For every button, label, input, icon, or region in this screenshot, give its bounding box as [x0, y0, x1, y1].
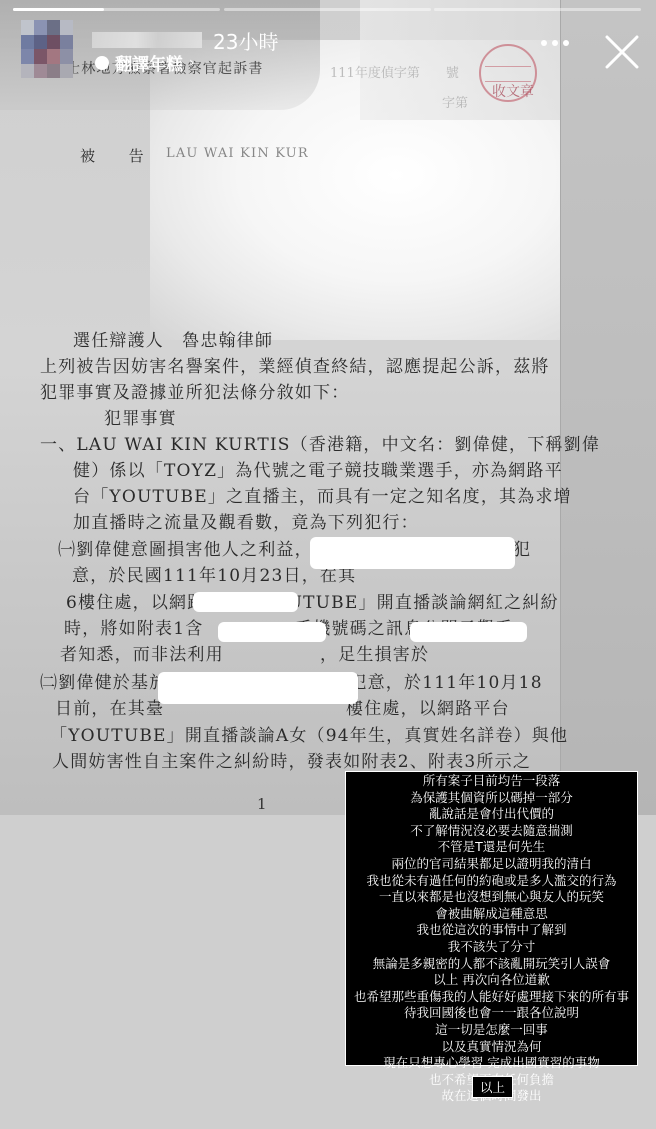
doc-line-17: 人間妨害性自主案件之糾紛時，發表如附表2、附表3所示之 — [52, 747, 531, 772]
doc-line-15a: 日前，在其臺 — [55, 694, 164, 719]
progress-segment-1 — [13, 8, 220, 11]
redaction-address-1 — [310, 537, 515, 569]
doc-line-7: 台「YOUTUBE」之直播主，而具有一定之知名度，其為求增 — [73, 482, 572, 507]
story-photo[interactable]: 111年度偵字第 號 字第 收文章 士林地方檢察署檢察官起訴書 被 告 LAU … — [0, 0, 656, 815]
caption-line: 我也從未有過任何的約砲或是多人濫交的行為 — [346, 873, 637, 890]
caption-line: 會被曲解成這種意思 — [346, 906, 637, 923]
caption-line: 我也從這次的事情中了解到 — [346, 922, 637, 939]
doc-line-5: 一、LAU WAI KIN KURTIS（香港籍，中文名：劉偉健，下稱劉偉 — [40, 430, 600, 455]
caption-line: 以及真實情況為何 — [346, 1039, 637, 1056]
caption-ending: 以上 — [472, 1076, 513, 1098]
caption-line: 無論是多親密的人都不該亂開玩笑引人誤會 — [346, 956, 637, 973]
page-number: 1 — [257, 795, 267, 813]
doc-line-13a: 者知悉，而非法利用 — [60, 640, 224, 665]
caption-line: 以上 再次向各位道歉 — [346, 972, 637, 989]
caption-line: 兩位的官司結果都足以證明我的清白 — [346, 856, 637, 873]
music-label: 翻譯年糕 — [115, 50, 183, 75]
redaction-address-2 — [158, 672, 358, 704]
doc-line-1: 選任辯護人 魯忠翰律師 — [73, 326, 273, 351]
doc-line-13b: ，足生損害於 — [320, 640, 429, 665]
caption-line: 現在只想專心學習 完成出國實習的事物 — [346, 1055, 637, 1072]
defendant-label: 被 告 — [80, 145, 145, 166]
caption-line: 為保護其個資所以碼掉一部分 — [346, 790, 637, 807]
redaction-victim — [410, 622, 527, 642]
more-options-button[interactable] — [541, 40, 569, 46]
stamp-text: 收文章 — [492, 81, 534, 101]
defendant-name: LAU WAI KIN KUR — [166, 146, 309, 161]
faint-ref: 字第 — [390, 92, 468, 111]
caption-line: 不了解情況沒必要去隨意揣測 — [346, 823, 637, 840]
music-link[interactable]: 翻譯年糕 › — [95, 50, 195, 75]
doc-line-6: 健）係以「TOYZ」為代號之電子競技職業選手，亦為網路平 — [73, 456, 563, 481]
close-icon — [604, 34, 640, 70]
caption-line: 我不該失了分寸 — [346, 939, 637, 956]
caption-line: 一直以來都是也沒想到無心與友人的玩笑 — [346, 889, 637, 906]
doc-line-8: 加直播時之流量及觀看數，竟為下列犯行： — [73, 508, 419, 533]
photo-background-strip — [560, 0, 656, 815]
caption-line: 也希望那些重傷我的人能好好處理接下來的所有事 — [346, 989, 637, 1006]
avatar[interactable] — [21, 20, 73, 78]
faint-case-number: 111年度偵字第 號 — [330, 62, 459, 81]
redaction-name — [218, 622, 326, 642]
doc-line-16: 「YOUTUBE」開直播談論A女（94年生，真實姓名詳卷）與他 — [50, 721, 568, 746]
caption-line: 待我回國後也會一一跟各位說明 — [346, 1005, 637, 1022]
doc-line-2: 上列被告因妨害名譽案件，業經偵查終結，認應提起公訴，茲將 — [40, 352, 550, 377]
doc-line-12a: 時，將如附表1含 — [64, 614, 203, 639]
redaction-phone — [193, 592, 298, 612]
progress-segment-3 — [434, 8, 641, 11]
caption-line: 這一切是怎麼一回事 — [346, 1022, 637, 1039]
doc-line-15b: 樓住處，以網路平台 — [346, 694, 510, 719]
doc-line-3: 犯罪事實及證據並所犯法條分敘如下： — [40, 378, 349, 403]
caption-line: 所有案子目前均告一段落 — [346, 773, 637, 790]
caption-box: 所有案子目前均告一段落 為保護其個資所以碼掉一部分 亂說話是會付出代價的 不了解… — [345, 771, 638, 1066]
more-horizontal-icon — [541, 40, 547, 46]
caption-line: 不管是T還是何先生 — [346, 839, 637, 856]
time-ago: 23小時 — [213, 26, 278, 55]
caption-line: 亂說話是會付出代價的 — [346, 806, 637, 823]
chevron-right-icon: › — [189, 55, 195, 71]
progress-segment-2 — [224, 8, 431, 11]
doc-line-11: 6樓住處，以網路平台「YOUTUBE」開直播談論網紅之糾紛 — [66, 588, 559, 613]
close-button[interactable] — [604, 34, 640, 70]
username[interactable] — [92, 32, 202, 48]
music-icon — [95, 56, 109, 70]
doc-line-section-heading: 犯罪事實 — [104, 404, 177, 429]
